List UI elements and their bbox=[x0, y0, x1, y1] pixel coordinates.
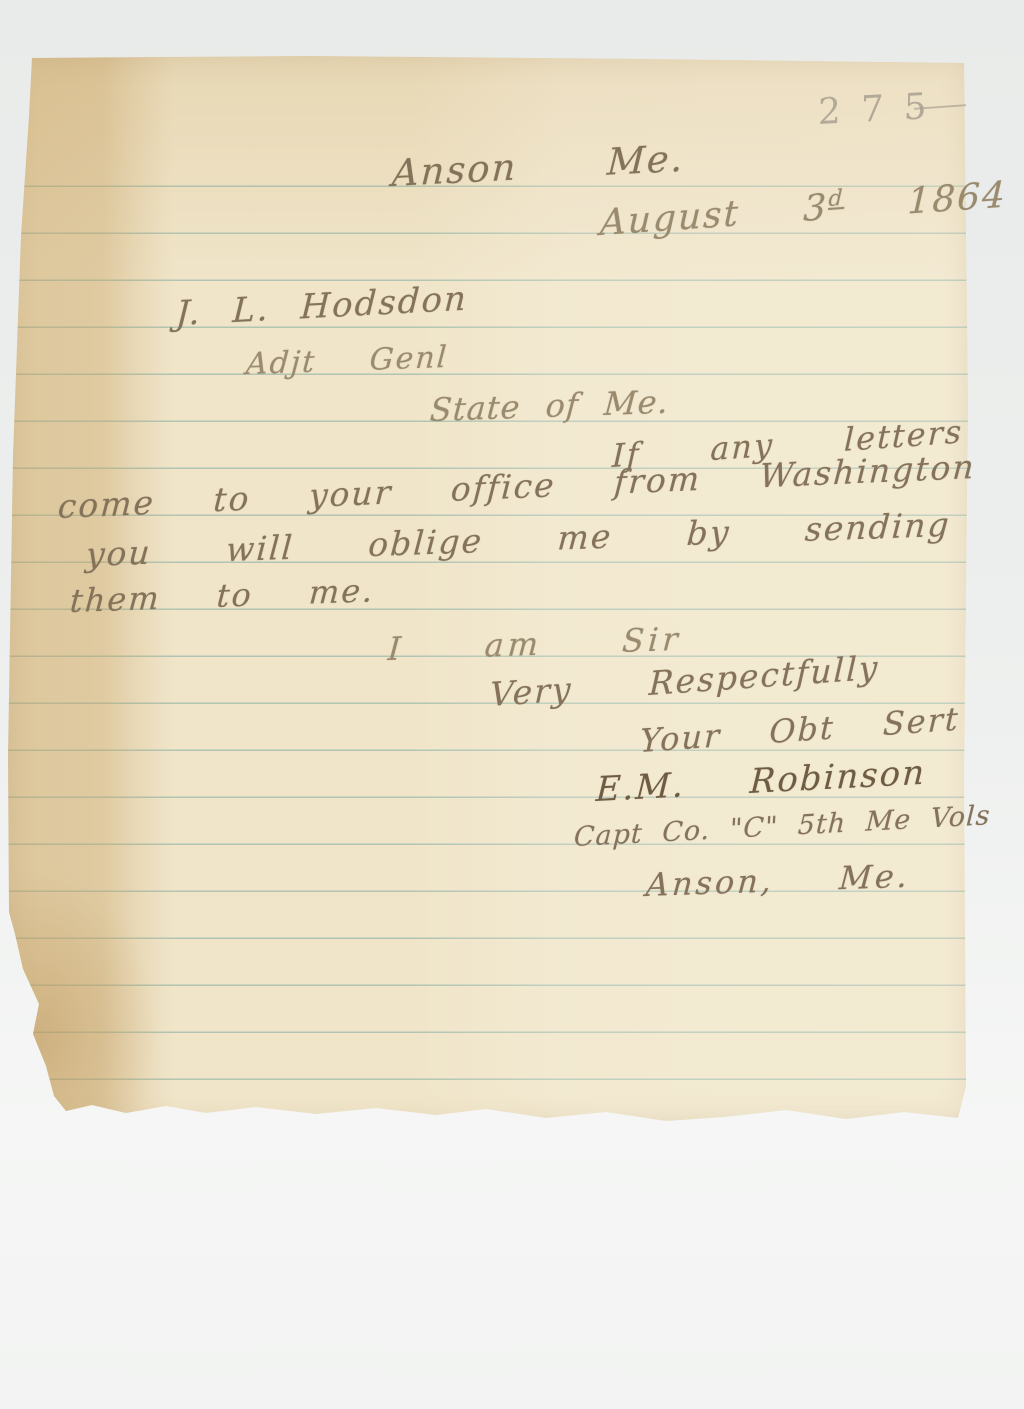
recipient-title: Adjt Genl bbox=[245, 340, 450, 382]
letter-date-superscript: d bbox=[828, 186, 845, 212]
scanned-letter-page: 275 Anson Me. August 3d 1864 J. L. Hodsd… bbox=[0, 0, 1024, 1409]
letter-date-year: 1864 bbox=[907, 174, 1008, 222]
page-number: 275 bbox=[818, 85, 947, 133]
